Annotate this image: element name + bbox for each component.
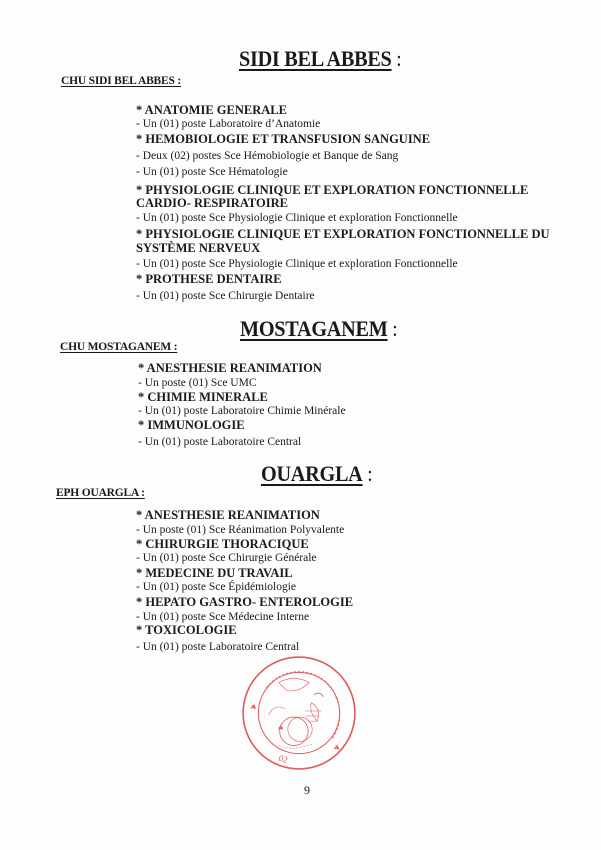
city-heading-sidi-bel-abbes: SIDI BEL ABBES:	[239, 46, 401, 72]
post-line: - Un poste (01) Sce UMC	[138, 377, 257, 390]
document-page: SIDI BEL ABBES: CHU SIDI BEL ABBES : * A…	[0, 0, 601, 850]
city-name: OUARGLA	[261, 461, 363, 486]
specialty-title: * PROTHESE DENTAIRE	[136, 272, 282, 286]
hospital-heading: EPH OUARGLA :	[56, 487, 145, 499]
city-colon: :	[396, 46, 401, 71]
city-name: SIDI BEL ABBES	[239, 46, 392, 71]
specialty-title: * TOXICOLOGIE	[136, 623, 237, 637]
specialty-title: * HEMOBIOLOGIE ET TRANSFUSION SANGUINE	[136, 132, 430, 146]
post-line: - Un (01) poste Sce Hématologie	[136, 166, 288, 179]
specialty-title: * PHYSIOLOGIE CLINIQUE ET EXPLORATION FO…	[136, 183, 528, 197]
hospital-heading: CHU SIDI BEL ABBES :	[61, 75, 181, 87]
post-line: - Un (01) poste Sce Chirurgie Générale	[136, 552, 317, 565]
page-number: 9	[304, 783, 310, 798]
stamp-number: 02	[277, 753, 289, 766]
post-line: - Deux (02) postes Sce Hémobiologie et B…	[136, 150, 398, 163]
specialty-title: * ANATOMIE GENERALE	[136, 103, 287, 117]
post-line: - Un poste (01) Sce Réanimation Polyvale…	[136, 524, 344, 537]
specialty-title: * MEDECINE DU TRAVAIL	[136, 566, 293, 580]
post-line: - Un (01) poste Sce Physiologie Clinique…	[136, 258, 458, 271]
specialty-title: * CHIRURGIE THORACIQUE	[136, 537, 309, 551]
official-stamp-icon: 02	[238, 652, 360, 774]
post-line: - Un (01) poste Laboratoire d’Anatomie	[136, 118, 320, 131]
hospital-heading: CHU MOSTAGANEM :	[60, 341, 177, 353]
specialty-title: * CHIMIE MINERALE	[138, 390, 268, 404]
city-name: MOSTAGANEM	[240, 316, 388, 341]
post-line: - Un (01) poste Sce Chirurgie Dentaire	[136, 290, 315, 303]
post-line: - Un (01) poste Sce Épidémiologie	[136, 581, 296, 594]
city-heading-mostaganem: MOSTAGANEM:	[240, 316, 397, 342]
specialty-title: * IMMUNOLOGIE	[138, 418, 245, 432]
specialty-title: * ANESTHESIE REANIMATION	[138, 361, 322, 375]
city-colon: :	[367, 461, 372, 486]
specialty-title-cont: SYSTÈME NERVEUX	[136, 241, 260, 255]
specialty-title-cont: CARDIO- RESPIRATOIRE	[136, 196, 288, 210]
specialty-title: * HEPATO GASTRO- ENTEROLOGIE	[136, 595, 353, 609]
specialty-title: * ANESTHESIE REANIMATION	[136, 508, 320, 522]
post-line: - Un (01) poste Laboratoire Central	[138, 436, 301, 449]
post-line: - Un (01) poste Sce Physiologie Clinique…	[136, 212, 458, 225]
post-line: - Un (01) poste Laboratoire Chimie Minér…	[138, 405, 346, 418]
specialty-title: * PHYSIOLOGIE CLINIQUE ET EXPLORATION FO…	[136, 227, 550, 241]
city-colon: :	[392, 316, 397, 341]
city-heading-ouargla: OUARGLA:	[261, 461, 372, 487]
